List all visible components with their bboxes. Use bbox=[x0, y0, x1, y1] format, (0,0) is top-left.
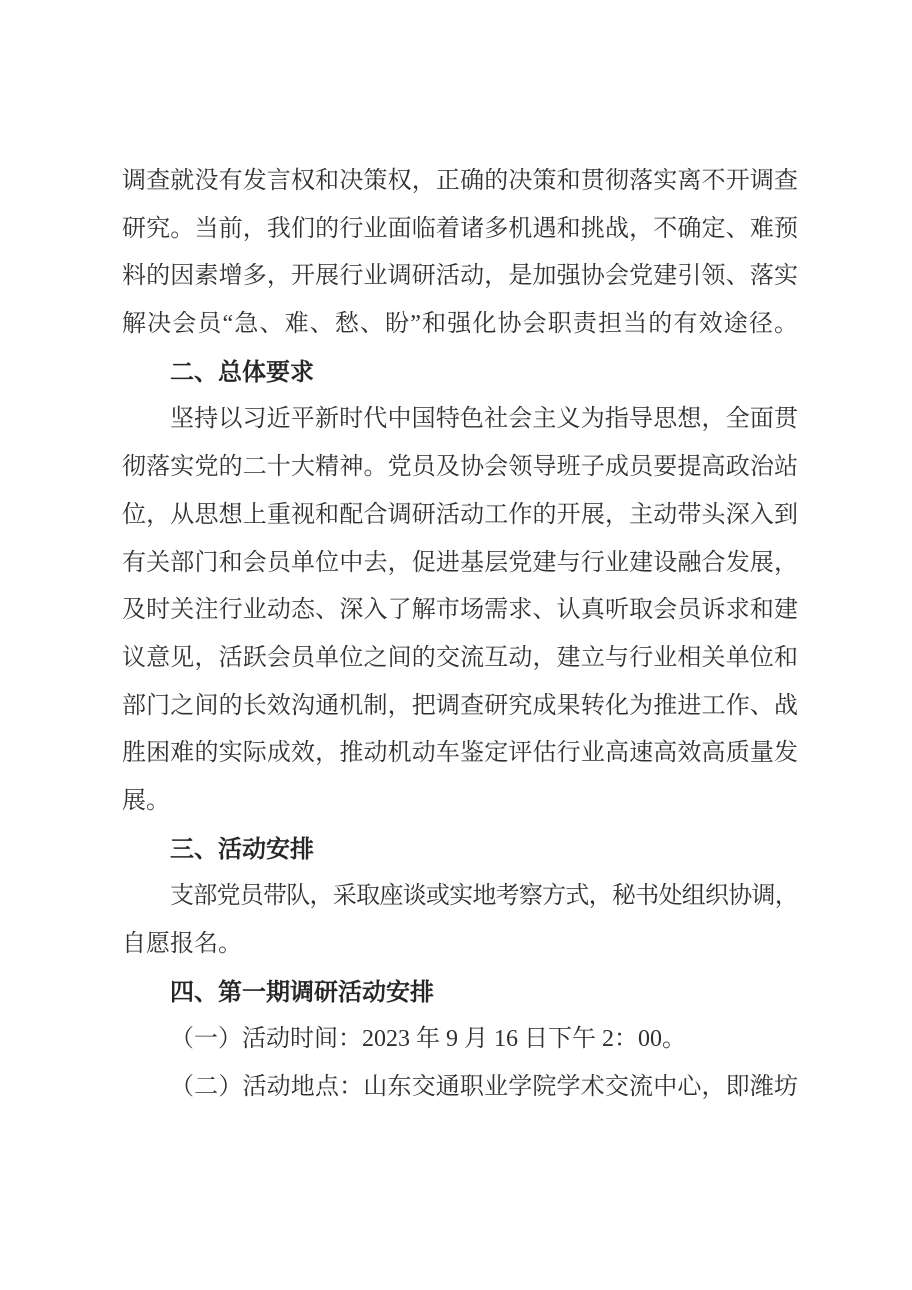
paragraph-line: 有关部门和会员单位中去，促进基层党建与行业建设融合发展， bbox=[122, 540, 798, 588]
section-heading: 四、第一期调研活动安排 bbox=[122, 969, 798, 1017]
paragraph-line: 彻落实党的二十大精神。党员及协会领导班子成员要提高政治站 bbox=[122, 444, 798, 492]
paragraph-line: （二）活动地点：山东交通职业学院学术交流中心，即潍坊 bbox=[122, 1064, 798, 1112]
paragraph-line: 支部党员带队，采取座谈或实地考察方式，秘书处组织协调， bbox=[122, 873, 798, 921]
paragraph-line: 议意见，活跃会员单位之间的交流互动，建立与行业相关单位和 bbox=[122, 635, 798, 683]
paragraph-line: 位，从思想上重视和配合调研活动工作的开展，主动带头深入到 bbox=[122, 492, 798, 540]
paragraph-line: 调查就没有发言权和决策权，正确的决策和贯彻落实离不开调查 bbox=[122, 158, 798, 206]
paragraph-line: 坚持以习近平新时代中国特色社会主义为指导思想，全面贯 bbox=[122, 396, 798, 444]
paragraph-line: 胜困难的实际成效，推动机动车鉴定评估行业高速高效高质量发 bbox=[122, 730, 798, 778]
paragraph-line: 解决会员“急、难、愁、盼”和强化协会职责担当的有效途径。 bbox=[122, 301, 798, 349]
paragraph-line: （一）活动时间：2023 年 9 月 16 日下午 2：00。 bbox=[122, 1016, 798, 1064]
section-heading: 二、总体要求 bbox=[122, 349, 798, 397]
paragraph-line: 研究。当前，我们的行业面临着诸多机遇和挑战，不确定、难预 bbox=[122, 206, 798, 254]
section-heading: 三、活动安排 bbox=[122, 826, 798, 874]
paragraph-line: 自愿报名。 bbox=[122, 921, 798, 969]
paragraph-line: 料的因素增多，开展行业调研活动，是加强协会党建引领、落实 bbox=[122, 253, 798, 301]
paragraph-line: 及时关注行业动态、深入了解市场需求、认真听取会员诉求和建 bbox=[122, 587, 798, 635]
paragraph-line: 展。 bbox=[122, 778, 798, 826]
document-body: 调查就没有发言权和决策权，正确的决策和贯彻落实离不开调查研究。当前，我们的行业面… bbox=[122, 158, 798, 1112]
paragraph-line: 部门之间的长效沟通机制，把调查研究成果转化为推进工作、战 bbox=[122, 683, 798, 731]
document-page: 调查就没有发言权和决策权，正确的决策和贯彻落实离不开调查研究。当前，我们的行业面… bbox=[0, 0, 912, 1290]
